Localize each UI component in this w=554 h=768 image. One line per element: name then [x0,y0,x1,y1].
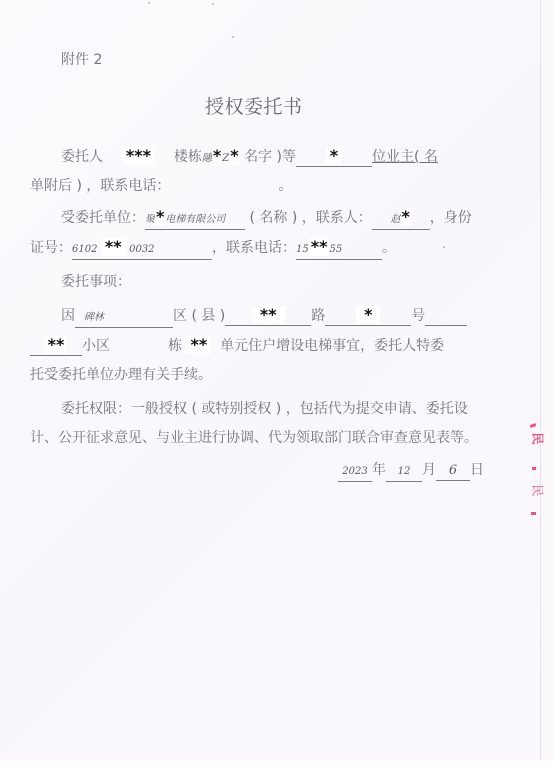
month-label: 月 [422,462,436,478]
because-label: 因 [61,308,75,324]
handwriting: 聚 [145,214,155,225]
seal-fragment [532,467,536,470]
agent-unit-label: 受委托单位： [61,210,145,226]
matters-line-1: 因 碑林区 ( 县 )**路*号 [61,306,467,328]
unit-text: 单元住户增设电梯事宜，委托人特委 [220,338,444,354]
number-suffix-field [425,307,467,326]
handwriting: 䧥 [202,153,212,164]
seal-character: 民 [530,484,547,496]
name-hint: 名字 )等 [244,149,296,165]
principal-label: 委托人 [61,149,103,165]
id-number-field: 6102 ** 0032 [72,238,212,260]
number-label: 号 [411,308,425,324]
sentence-end: 。 [278,178,292,194]
seal-fragment [531,512,536,515]
number-field: * [325,306,411,326]
community-field: ** [30,336,82,356]
id-label: 证号： [30,240,72,256]
month-field: 12 [386,461,422,482]
principal-line-2: 单附后 ) ，联系电话：。 [30,176,292,196]
redaction-mask: ** [252,306,285,324]
handwriting: Z [222,153,229,164]
agent-name-hint: ( 名称 ) ，联系人： [249,210,371,226]
phone-label: 单附后 ) ，联系电话： [30,178,170,194]
contact-person-field: 赵* [372,208,430,230]
district-label: 区 ( 县 ) [173,308,225,324]
matters-line-2: **小区栋 ** 单元住户增设电梯事宜，委托人特委 [30,336,444,356]
handwriting: 55 [329,244,342,255]
building-label: 楼栋 [174,149,202,165]
year-field: 2023 [338,461,372,482]
page-edge-strip [541,0,554,768]
scan-speck [443,246,445,248]
handwriting: 15 [296,244,309,255]
matters-line-3: 托受委托单位办理有关手续。 [30,365,212,385]
scan-speck [212,3,214,5]
day-label: 日 [470,462,484,478]
redaction-mask: *** [123,147,154,165]
community-label: 小区 [82,338,110,354]
redaction-mask: * [155,208,165,226]
redaction-mask: * [212,147,222,165]
authority-line-1: 委托权限：一般授权 ( 或特别授权 ) ，包括代为提交申请、委托设 [61,399,468,419]
handwriting: 12 [398,466,411,477]
handwriting: 6 [449,463,457,478]
handwriting: 6102 [72,244,97,255]
authority-line-2: 计、公开征求意见、与业主进行协调、代为领取部门联合审查意见表等。 [30,428,478,448]
scan-speck [232,36,234,38]
day-field: 6 [436,461,470,481]
year-label: 年 [372,462,386,478]
road-field: ** [225,306,311,326]
redaction-mask: * [356,306,380,324]
owner-label: 位业主( 名 [372,149,438,165]
agent-phone-label: ，联系电话： [212,240,296,256]
redaction-mask: * [326,147,342,165]
redaction-mask: * [229,147,239,165]
redaction-mask: ** [186,336,211,354]
redaction-mask: ** [309,238,330,256]
scan-speck [148,2,150,4]
principal-name-field: *** [107,147,169,166]
sentence-end: 。 [382,240,396,256]
redaction-mask: * [401,208,411,226]
building-label: 栋 [168,338,182,354]
handwriting: 0032 [129,244,154,255]
agent-phone-field: 15**55 [296,238,382,260]
district-field: 碑林 [75,307,173,328]
handwriting: 碑林 [84,312,104,323]
attachment-label: 附件 2 [61,50,102,70]
principal-line-1: 委托人 *** 楼栋䧥*Z* 名字 )等*位业主( 名 [61,147,438,169]
id-suffix: ，身份 [430,210,472,226]
redaction-mask: ** [102,238,125,256]
date-line: 2023年12月6日 [338,460,484,482]
redaction-mask: ** [45,336,68,354]
agent-line-2: 证号：6102 ** 0032，联系电话：15**55。 [30,238,396,260]
matters-heading: 委托事项： [61,272,131,292]
seal-character: 民 [530,432,547,444]
handwriting: 赵 [391,214,401,225]
road-label: 路 [311,308,325,324]
page-bottom-edge [0,760,554,768]
owner-count-field: * [296,147,372,167]
agent-line-1: 受委托单位：聚*电梯有限公司 ( 名称 ) ，联系人：赵*，身份 [61,208,472,230]
agent-company-field: 聚*电梯有限公司 [145,208,245,230]
handwriting: 电梯有限公司 [165,214,225,225]
document-title: 授权委托书 [205,97,303,117]
handwriting: 2023 [342,466,367,477]
